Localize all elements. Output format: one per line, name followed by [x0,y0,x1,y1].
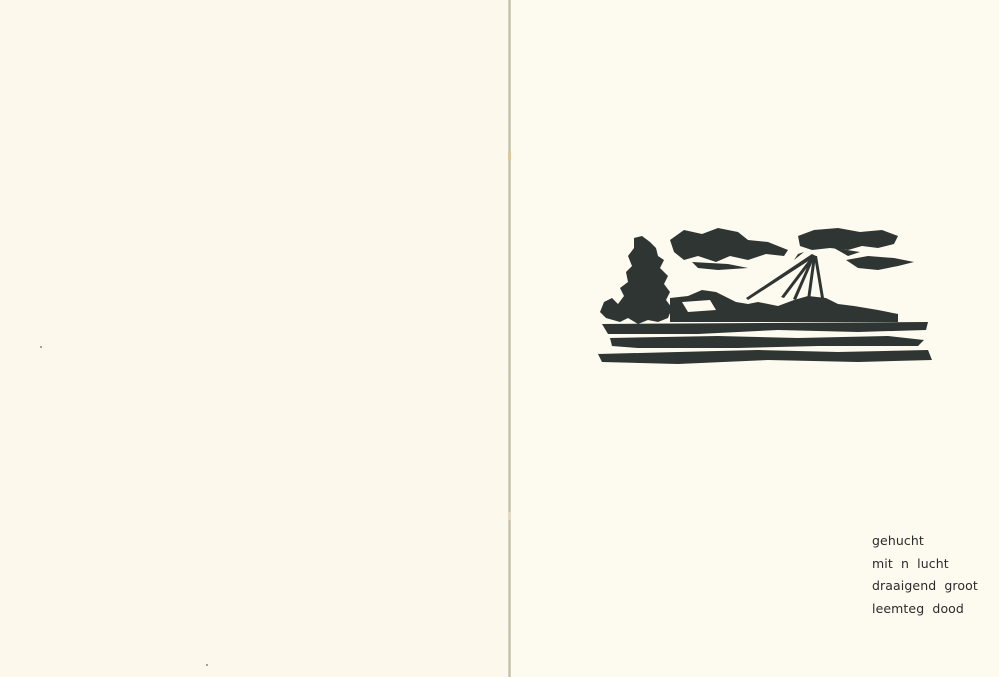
woodcut-landscape-illustration [598,226,932,366]
poem-line: draaigend groot [872,575,978,598]
paper-speck [40,346,42,348]
poem-line: leemteg dood [872,598,978,621]
poem-line: mit n lucht [872,553,978,576]
paper-speck [206,664,208,666]
poem-text: gehucht mit n lucht draaigend groot leem… [872,530,978,620]
poem-line: gehucht [872,530,978,553]
book-spread: gehucht mit n lucht draaigend groot leem… [0,0,999,677]
left-page [0,0,509,677]
